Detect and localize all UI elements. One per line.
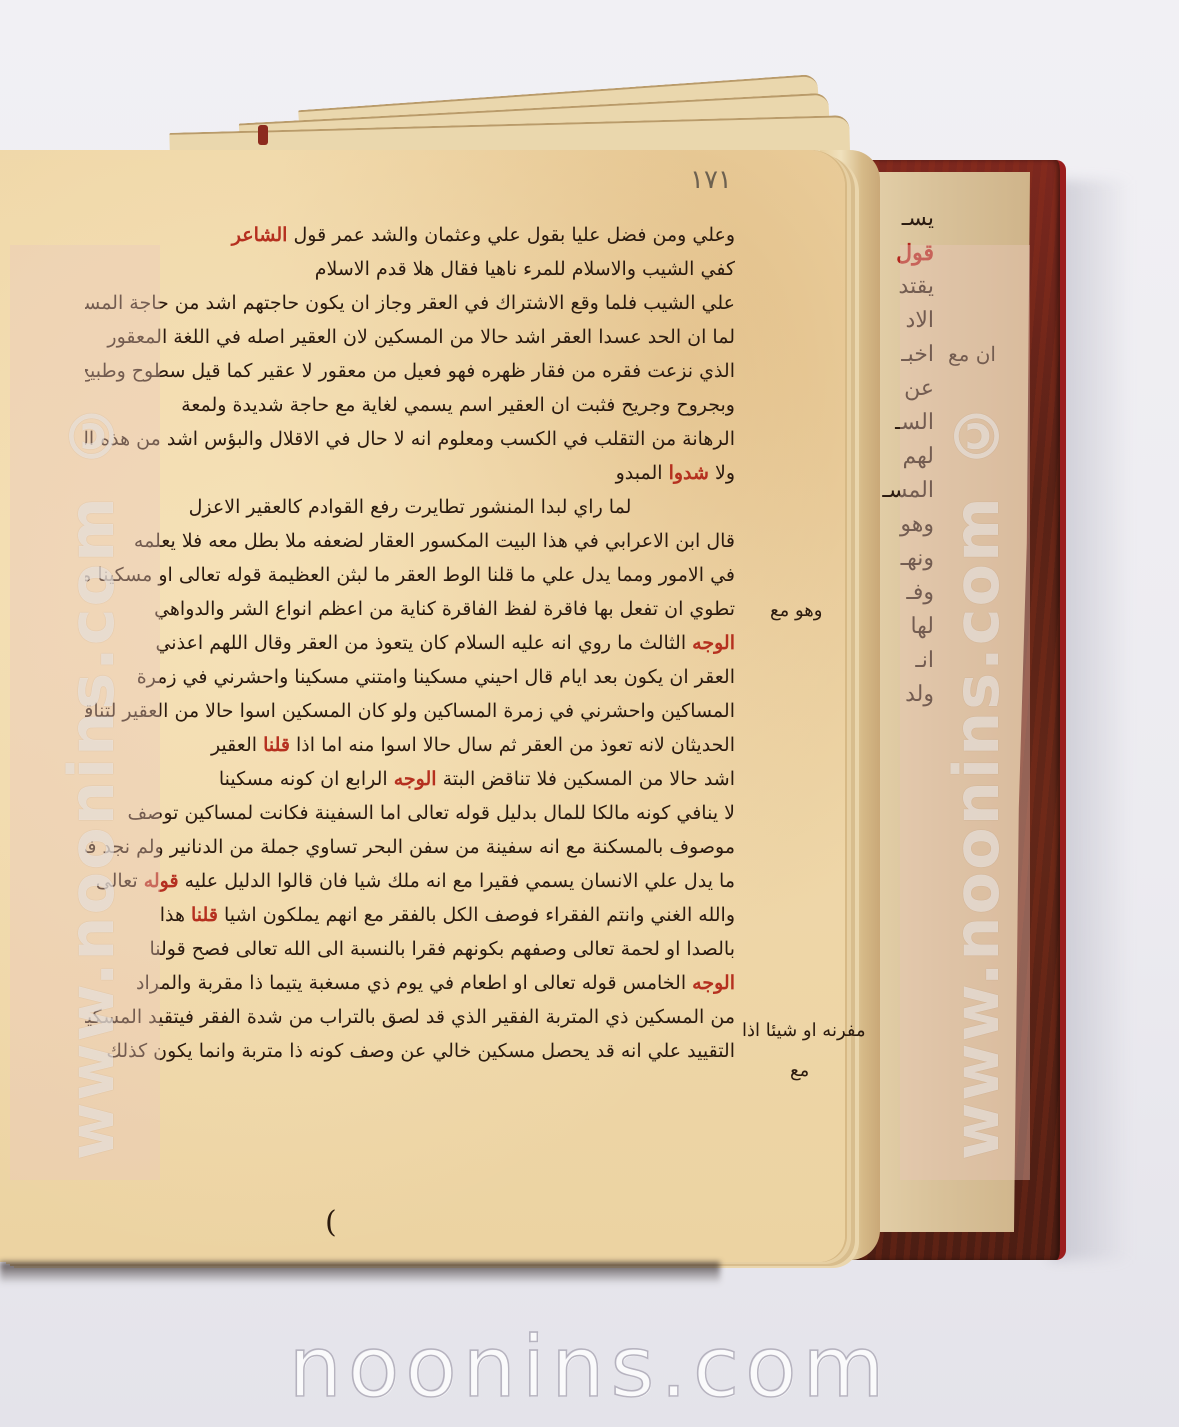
text-line: الحديثان لانه تعوذ من العقر ثم سال حالا …: [85, 728, 735, 762]
text-line: كفي الشيب والاسلام للمرء ناهيا فقال هلا …: [85, 252, 735, 286]
text-line: والله الغني وانتم الفقراء فوصف الكل بالف…: [85, 898, 735, 932]
bookmark-ribbon: [258, 125, 268, 145]
text-line: ما يدل علي الانسان يسمي فقيرا مع انه ملك…: [85, 864, 735, 898]
text-line: في الامور ومما يدل علي ما قلنا الوط العق…: [85, 558, 735, 592]
text-line: الذي نزعت فقره من فقار ظهره فهو فعيل من …: [85, 354, 735, 388]
watermark-right: www.noonins.com ©: [940, 260, 1013, 1160]
rubric-word: الوجه: [394, 768, 437, 790]
manuscript-text: وعلي ومن فضل عليا بقول علي وعثمان والشد …: [85, 218, 735, 1068]
text-line: تطوي ان تفعل بها فاقرة لفظ الفاقرة كناية…: [85, 592, 735, 626]
text-line: الوجه الخامس قوله تعالى او اطعام في يوم …: [85, 966, 735, 1000]
rubric-word: الوجه: [692, 632, 735, 654]
rubric-word: قلنا: [191, 904, 218, 926]
text-line: بالصدا او لحمة تعالى وصفهم بكونهم فقرا ب…: [85, 932, 735, 966]
rubric-word: قلنا: [263, 734, 290, 756]
watermark-left: www.noonins.com ©: [55, 260, 128, 1160]
text-line: اشد حالا من المسكين فلا تناقض البتة الوج…: [85, 762, 735, 796]
margin-note: وهو مع: [770, 600, 822, 621]
text-line: المساكين واحشرني في زمرة المساكين ولو كا…: [85, 694, 735, 728]
text-line: ولا شدوا المبدو: [85, 456, 735, 490]
text-line: موصوف بالمسكنة مع انه سفينة من سفن البحر…: [85, 830, 735, 864]
text-line: لما ان الحد عسدا العقر اشد حالا من المسك…: [85, 320, 735, 354]
book-shadow-bottom: [0, 1262, 720, 1284]
opposite-page-line: يسـ: [874, 202, 934, 236]
manuscript-photo: يسـقوليقتدالاداخبـعنالسـلهمالمسـوهوونهـو…: [0, 0, 1179, 1427]
catchword-mark: (: [325, 1205, 337, 1240]
text-line: الرهانة من التقلب في الكسب ومعلوم انه لا…: [85, 422, 735, 456]
text-line: العقر ان يكون بعد ايام قال احيني مسكينا …: [85, 660, 735, 694]
rubric-word: الشاعر: [232, 224, 288, 246]
margin-note: مع: [790, 1060, 809, 1081]
folio-number: ١٧١: [690, 165, 732, 195]
text-line: لا ينافي كونه مالكا للمال بدليل قوله تعا…: [85, 796, 735, 830]
text-line: وعلي ومن فضل عليا بقول علي وعثمان والشد …: [85, 218, 735, 252]
text-line: الوجه الثالث ما روي انه عليه السلام كان …: [85, 626, 735, 660]
text-line: من المسكين ذي المتربة الفقير الذي قد لصق…: [85, 1000, 735, 1034]
watermark-bottom: noonins.com: [0, 1318, 1179, 1416]
rubric-word: الوجه: [692, 972, 735, 994]
text-line: علي الشيب فلما وقع الاشتراك في العقر وجا…: [85, 286, 735, 320]
text-line: لما راي لبدا المنشور تطايرت رفع القوادم …: [85, 490, 735, 524]
text-line: وبجروح وجريح فثبت ان العقير اسم يسمي لغا…: [85, 388, 735, 422]
rubric-word: شدوا: [669, 462, 709, 484]
text-line: قال ابن الاعرابي في هذا البيت المكسور ال…: [85, 524, 735, 558]
text-line: التقييد علي انه قد يحصل مسكين خالي عن وص…: [85, 1034, 735, 1068]
margin-note: مفرنه او شيئا اذا: [742, 1020, 866, 1041]
